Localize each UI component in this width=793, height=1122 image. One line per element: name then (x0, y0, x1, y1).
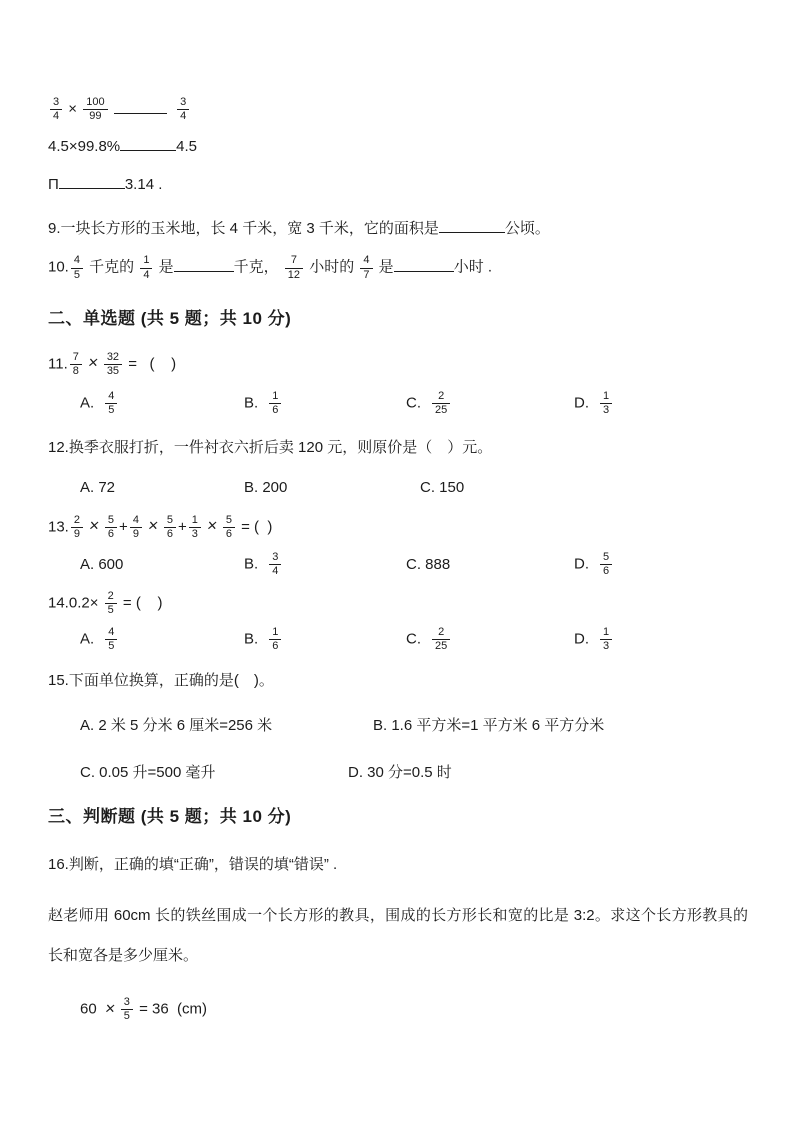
question-9: 9.一块长方形的玉米地，长 4 千米，宽 3 千米，它的面积是公顷。 (48, 217, 748, 238)
question-11-option-b: B.16 (244, 390, 406, 417)
question-14-option-b: B.16 (244, 626, 406, 653)
fraction: 13 (600, 626, 612, 653)
multiply-x-symbol: × (143, 516, 164, 536)
fraction: 225 (432, 626, 450, 653)
question-13-stem: 13.29×56+49×56+13×56 = ( ) (48, 514, 748, 541)
question-10: 10.45 千克的 14 是千克， 712 小时的 47 是小时 . (48, 254, 748, 281)
multiply-x-symbol: × (99, 999, 120, 1019)
fraction: 47 (360, 254, 372, 281)
question-14-option-d: D.13 (574, 626, 748, 653)
question-14-stem: 14.0.2× 25 = ( ) (48, 590, 748, 617)
fraction: 16 (269, 390, 281, 417)
question-12-option-c: C. 150 (420, 479, 748, 496)
multiply-x-symbol: × (201, 516, 222, 536)
question-11-stem: 11.78×3235 = ( ) (48, 351, 748, 378)
question-14-option-a: A.45 (80, 626, 244, 653)
fraction: 56 (600, 551, 612, 578)
fraction: 16 (269, 626, 281, 653)
question-12-option-b: B. 200 (244, 479, 420, 496)
question-13-options: A. 600 B.34 C. 888 D.56 (80, 551, 748, 578)
fraction: 56 (164, 514, 176, 541)
fraction: 13 (189, 514, 201, 541)
fraction: 78 (70, 351, 82, 378)
question-11-options: A.45 B.16 C.225 D.13 (80, 390, 748, 417)
answer-blank (174, 258, 234, 272)
answer-blank (120, 137, 176, 151)
fraction: 3235 (104, 351, 122, 378)
fraction: 49 (130, 514, 142, 541)
question-15-option-c: C. 0.05 升=500 毫升 (80, 761, 348, 782)
fraction: 34 (177, 96, 189, 123)
fraction: 35 (121, 996, 133, 1023)
question-12-stem: 12.换季衣服打折，一件衬衣六折后卖 120 元，则原价是（ ）元。 (48, 436, 748, 457)
fill-item-fraction-compare: 34 × 10099 34 (48, 96, 748, 123)
fraction: 34 (269, 551, 281, 578)
fraction: 45 (105, 390, 117, 417)
math-worksheet-page: 34 × 10099 34 4.5×99.8%4.5 Π3.14 . 9.一块长… (0, 0, 793, 1122)
fraction: 225 (432, 390, 450, 417)
question-16-solution-formula: 60 ×35 = 36 (cm) (80, 996, 748, 1023)
fraction: 45 (105, 626, 117, 653)
multiply-x-symbol: × (82, 353, 103, 373)
fraction: 712 (285, 254, 303, 281)
question-14-options: A.45 B.16 C.225 D.13 (80, 626, 748, 653)
question-13-option-d: D.56 (574, 551, 748, 578)
question-16-problem-text: 赵老师用 60cm 长的铁丝围成一个长方形的教具，围成的长方形长和宽的比是 3:… (48, 896, 748, 976)
multiply-x-symbol: × (84, 516, 105, 536)
question-11-option-c: C.225 (406, 390, 574, 417)
question-15-options-row-1: A. 2 米 5 分米 6 厘米=256 米 B. 1.6 平方米=1 平方米 … (80, 714, 748, 735)
question-15-option-b: B. 1.6 平方米=1 平方米 6 平方分米 (373, 714, 748, 735)
section-title-judgement: 三、判断题 (共 5 题；共 10 分) (48, 802, 748, 827)
question-15-option-d: D. 30 分=0.5 时 (348, 761, 748, 782)
fraction: 25 (105, 590, 117, 617)
fraction: 45 (71, 254, 83, 281)
fraction: 56 (223, 514, 235, 541)
fraction: 10099 (83, 96, 107, 123)
answer-blank (59, 175, 125, 189)
question-15-option-a: A. 2 米 5 分米 6 厘米=256 米 (80, 714, 373, 735)
question-11-option-a: A.45 (80, 390, 244, 417)
answer-blank (439, 219, 505, 233)
question-15-options-row-2: C. 0.05 升=500 毫升 D. 30 分=0.5 时 (80, 761, 748, 782)
question-15-stem: 15.下面单位换算，正确的是( )。 (48, 669, 748, 690)
question-13-option-a: A. 600 (80, 556, 244, 573)
fraction: 13 (600, 390, 612, 417)
fraction: 29 (71, 514, 83, 541)
question-14-option-c: C.225 (406, 626, 574, 653)
question-11-option-d: D.13 (574, 390, 748, 417)
section-title-multiple-choice: 二、单选题 (共 5 题；共 10 分) (48, 304, 748, 329)
answer-blank (394, 258, 454, 272)
fill-item-decimal-compare: 4.5×99.8%4.5 (48, 137, 748, 155)
question-12-option-a: A. 72 (80, 479, 244, 496)
question-16-instruction: 16.判断，正确的填“正确”，错误的填“错误” . (48, 853, 748, 874)
fraction: 34 (50, 96, 62, 123)
fill-item-pi-compare: Π3.14 . (48, 175, 748, 193)
fraction: 56 (105, 514, 117, 541)
answer-blank (114, 100, 167, 114)
question-12-options: A. 72 B. 200 C. 150 (80, 479, 748, 496)
question-13-option-b: B.34 (244, 551, 406, 578)
question-13-option-c: C. 888 (406, 556, 574, 573)
fraction: 14 (140, 254, 152, 281)
